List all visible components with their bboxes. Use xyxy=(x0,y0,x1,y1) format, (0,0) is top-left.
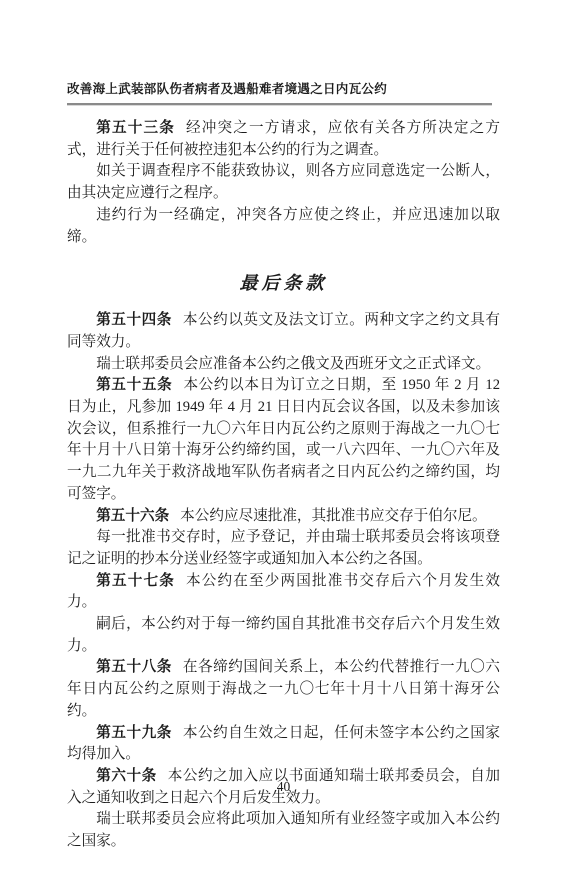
document-page: 改善海上武装部队伤者病者及遇船难者境遇之日内瓦公约 第五十三条经冲突之一方请求，… xyxy=(0,0,586,869)
article-paragraph: 瑞士联邦委员会应准备本公约之俄文及西班牙文之正式译文。 xyxy=(67,354,500,376)
body-text: 第五十三条经冲突之一方请求，应依有关各方所决定之方式，进行关于任何被控违犯本公约… xyxy=(67,118,500,853)
article-paragraph: 瑞士联邦委员会应将此项加入通知所有业经签字或加入本公约之国家。 xyxy=(67,809,500,852)
article-number: 第五十七条 xyxy=(96,573,175,589)
section-heading: 最后条款 xyxy=(67,271,500,295)
paragraph-text: 瑞士联邦委员会应准备本公约之俄文及西班牙文之正式译文。 xyxy=(96,356,490,372)
header-rule xyxy=(67,103,492,106)
paragraph-text: 如关于调查程序不能获致协议，则各方应同意选定一公断人，由其决定应遵行之程序。 xyxy=(67,163,500,201)
article-number: 第五十八条 xyxy=(96,659,172,675)
article-number: 第五十五条 xyxy=(96,377,172,393)
article-paragraph: 第五十八条在各缔约国间关系上，本公约代替推行一九〇六年日内瓦公约之原则于海战之一… xyxy=(67,657,500,722)
running-header: 改善海上武装部队伤者病者及遇船难者境遇之日内瓦公约 xyxy=(67,81,500,97)
article-paragraph: 如关于调查程序不能获致协议，则各方应同意选定一公断人，由其决定应遵行之程序。 xyxy=(67,161,500,204)
article-paragraph: 第五十三条经冲突之一方请求，应依有关各方所决定之方式，进行关于任何被控违犯本公约… xyxy=(67,118,500,161)
article-paragraph: 嗣后，本公约对于每一缔约国自其批准书交存后六个月发生效力。 xyxy=(67,614,500,657)
page-number: 40 xyxy=(67,779,500,795)
paragraph-text: 违约行为一经确定，冲突各方应使之终止，并应迅速加以取缔。 xyxy=(67,207,500,245)
paragraph-text: 每一批准书交存时，应予登记，并由瑞士联邦委员会将该项登记之证明的抄本分送业经签字… xyxy=(67,529,500,567)
article-number: 第五十六条 xyxy=(96,508,169,524)
paragraph-text: 本公约以本日为订立之日期，至 1950 年 2 月 12 日为止，凡参加 194… xyxy=(67,377,500,502)
paragraph-text: 嗣后，本公约对于每一缔约国自其批准书交存后六个月发生效力。 xyxy=(67,616,500,654)
article-number: 第五十九条 xyxy=(96,725,172,741)
article-paragraph: 第五十四条本公约以英文及法文订立。两种文字之约文具有同等效力。 xyxy=(67,310,500,353)
article-paragraph: 每一批准书交存时，应予登记，并由瑞士联邦委员会将该项登记之证明的抄本分送业经签字… xyxy=(67,527,500,570)
article-paragraph: 第五十六条本公约应尽速批准，其批准书应交存于伯尔尼。 xyxy=(67,506,500,528)
article-number: 第五十三条 xyxy=(96,120,175,136)
article-paragraph: 第五十七条本公约在至少两国批准书交存后六个月发生效力。 xyxy=(67,571,500,614)
article-paragraph: 第五十五条本公约以本日为订立之日期，至 1950 年 2 月 12 日为止，凡参… xyxy=(67,375,500,505)
article-paragraph: 违约行为一经确定，冲突各方应使之终止，并应迅速加以取缔。 xyxy=(67,205,500,248)
article-paragraph: 第五十九条本公约自生效之日起，任何未签字本公约之国家均得加入。 xyxy=(67,723,500,766)
article-number: 第五十四条 xyxy=(96,312,172,328)
paragraph-text: 瑞士联邦委员会应将此项加入通知所有业经签字或加入本公约之国家。 xyxy=(67,811,500,849)
paragraph-text: 本公约应尽速批准，其批准书应交存于伯尔尼。 xyxy=(180,508,486,524)
